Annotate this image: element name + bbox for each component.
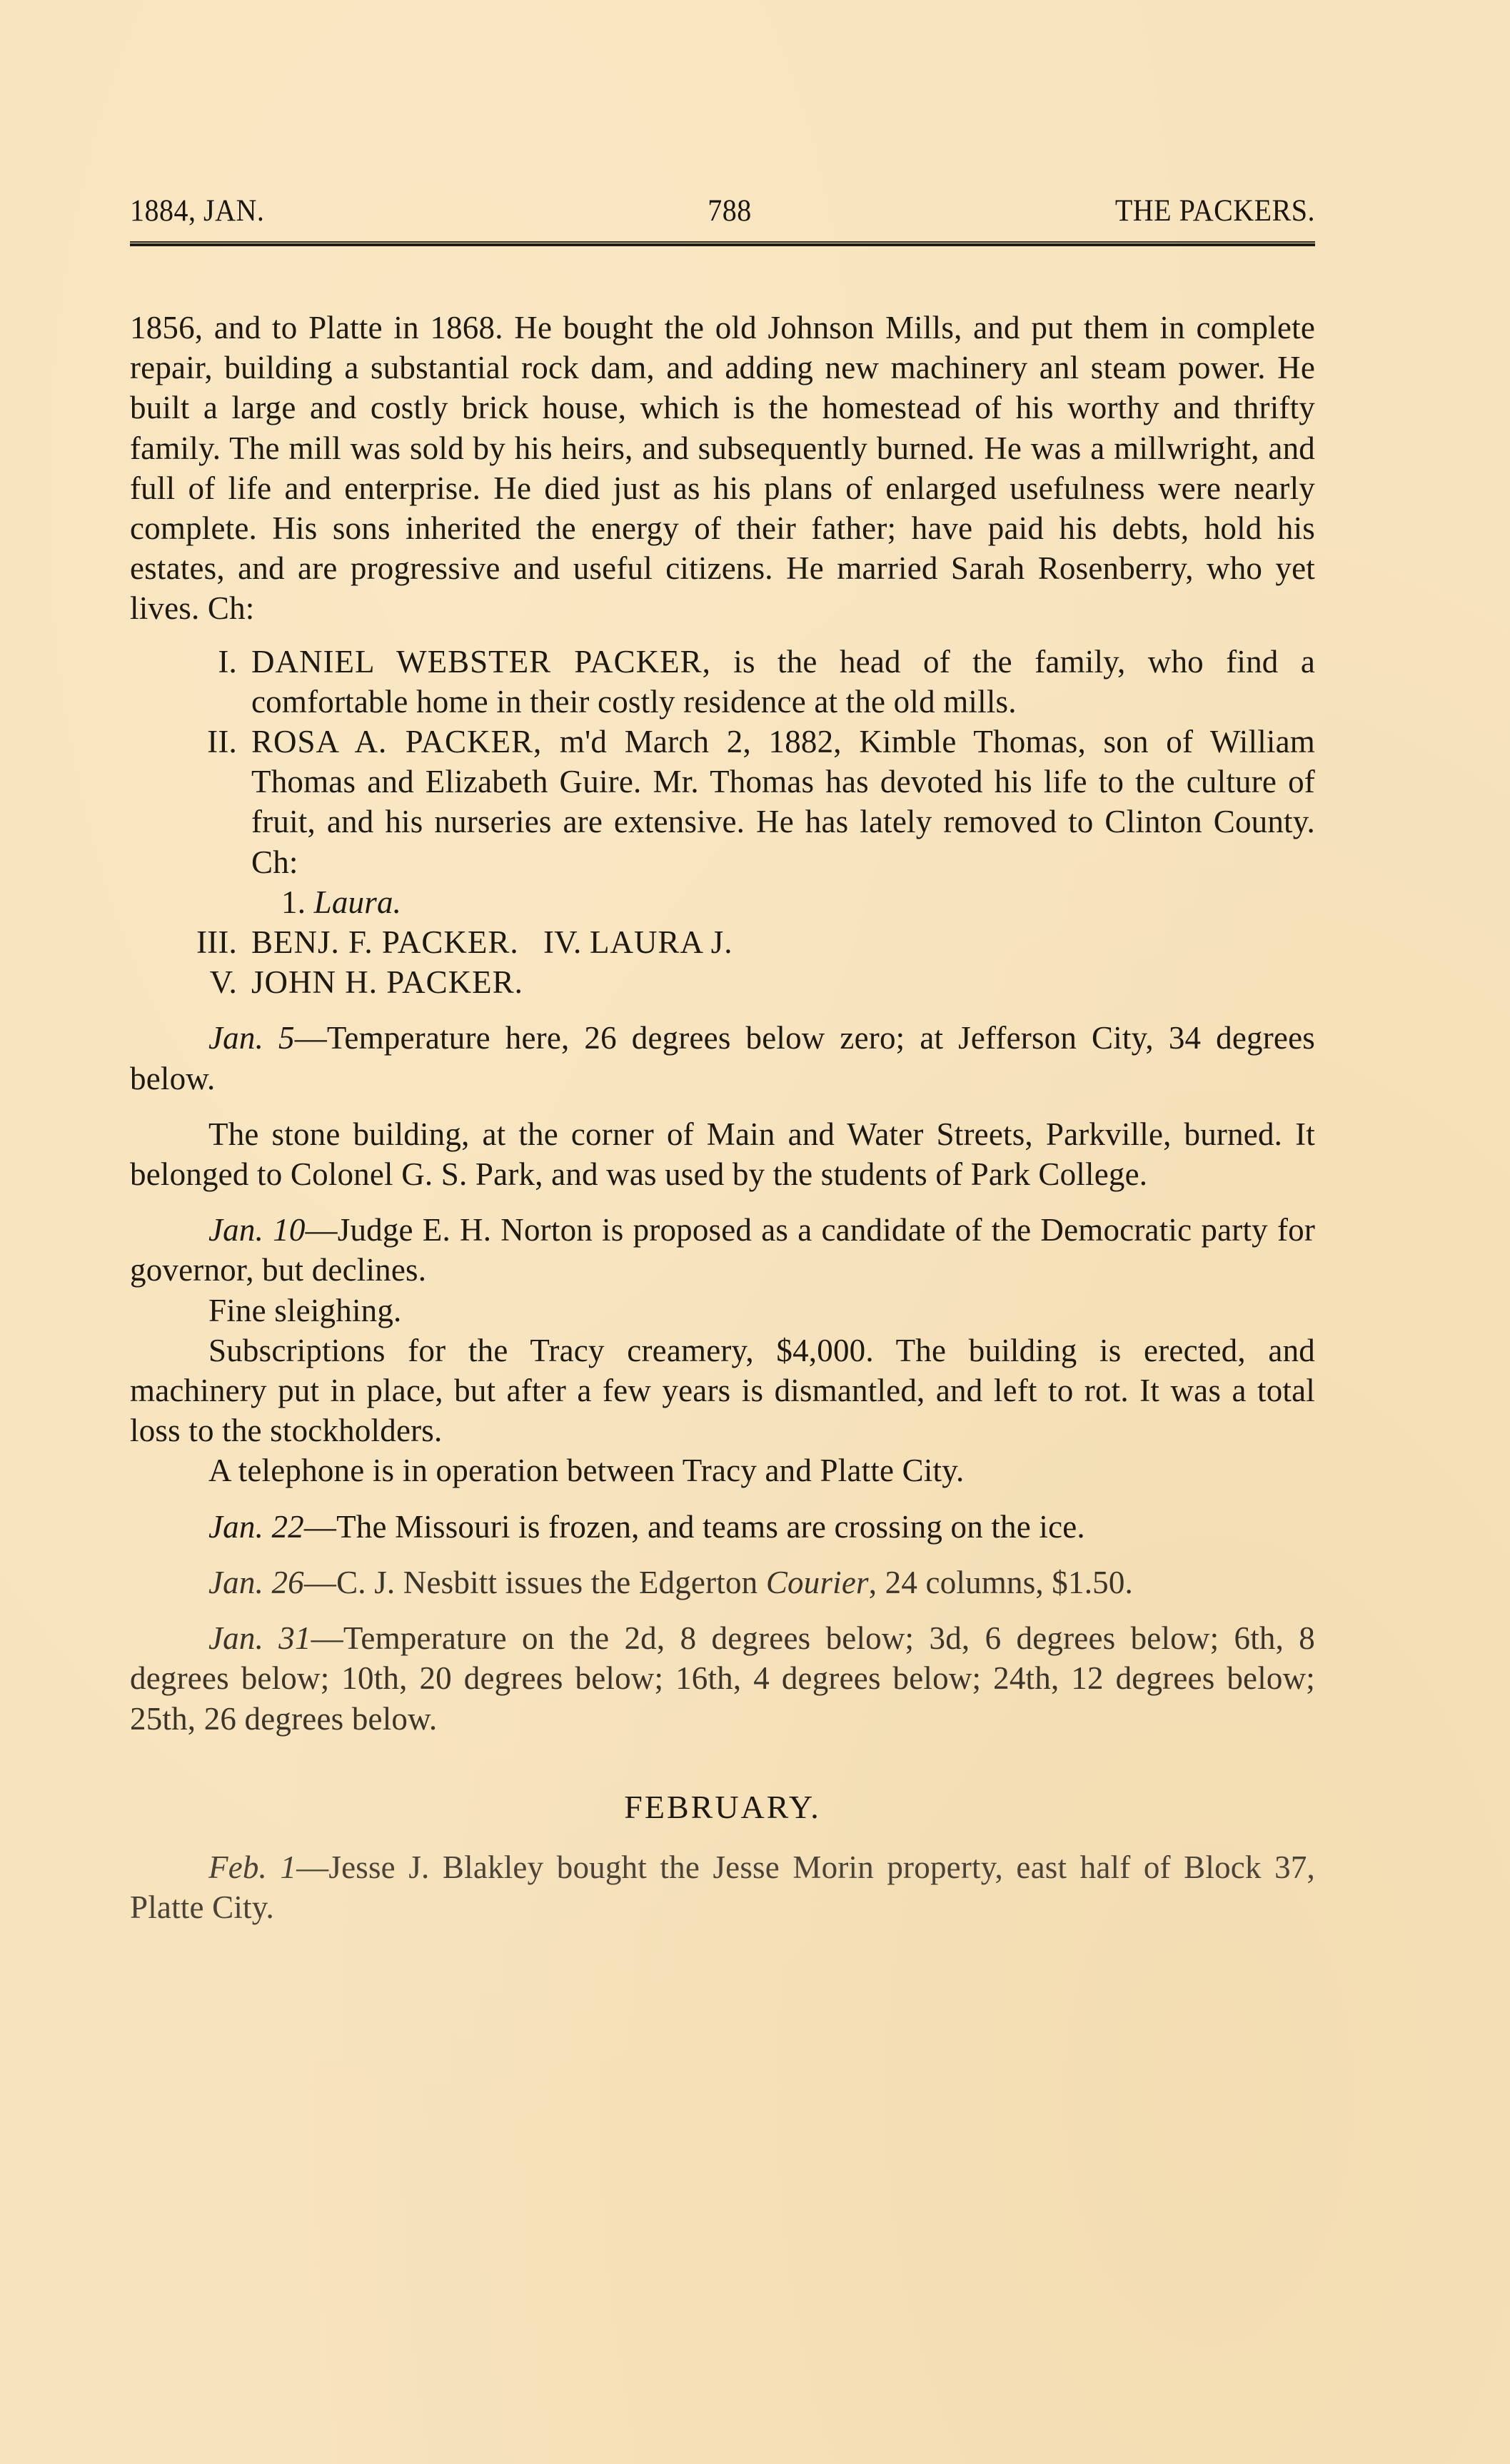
- grandchild-entry: 1. Laura.: [130, 882, 1315, 922]
- entry-jan-22: Jan. 22—The Missouri is frozen, and team…: [130, 1507, 1315, 1547]
- entry-jan-10: Jan. 10—Judge E. H. Norton is proposed a…: [130, 1210, 1315, 1290]
- entry-date: Feb. 1: [208, 1849, 296, 1885]
- child-entry-2: II. ROSA A. PACKER, m'd March 2, 1882, K…: [130, 722, 1315, 882]
- entry-followup: Subscriptions for the Tracy creamery, $4…: [130, 1331, 1315, 1451]
- entry-jan-5: Jan. 5—Temperature here, 26 degrees belo…: [130, 1018, 1315, 1098]
- entry-jan-31: Jan. 31—Temperature on the 2d, 8 degrees…: [130, 1618, 1315, 1739]
- entry-text: The stone building, at the corner of Mai…: [130, 1116, 1315, 1192]
- child-numeral: II.: [130, 722, 237, 762]
- entry-feb-1: Feb. 1—Jesse J. Blakley bought the Jesse…: [130, 1847, 1315, 1927]
- child-numeral: V.: [130, 962, 237, 1002]
- intro-paragraph: 1856, and to Platte in 1868. He bought t…: [130, 308, 1315, 629]
- child-entry-5: V. JOHN H. PACKER.: [130, 962, 1315, 1002]
- child-entry-1: I. DANIEL WEBSTER PACKER, is the head of…: [130, 642, 1315, 722]
- body-text: 1856, and to Platte in 1868. He bought t…: [130, 308, 1315, 1927]
- month-heading-february: FEBRUARY.: [130, 1787, 1315, 1827]
- child-name: LAURA J.: [590, 924, 733, 960]
- header-date: 1884, JAN.: [130, 191, 264, 230]
- page-number: 788: [708, 191, 752, 230]
- entry-date: Jan. 22: [208, 1509, 304, 1545]
- entry-text: —Jesse J. Blakley bought the Jesse Morin…: [130, 1849, 1315, 1925]
- child-name: ROSA A. PACKER,: [251, 724, 542, 759]
- entry-text: —Temperature here, 26 degrees below zero…: [130, 1020, 1315, 1096]
- header-chapter-title: THE PACKERS.: [1115, 191, 1315, 230]
- child-numeral: I.: [130, 642, 237, 682]
- child-numeral: IV.: [543, 924, 582, 960]
- entry-text: , 24 columns, $1.50.: [869, 1565, 1133, 1600]
- entry-text: —The Missouri is frozen, and teams are c…: [304, 1509, 1085, 1545]
- entry-jan-26: Jan. 26—C. J. Nesbitt issues the Edgerto…: [130, 1562, 1315, 1602]
- child-name: JOHN H. PACKER.: [251, 964, 523, 1000]
- child-name: DANIEL WEBSTER PACKER,: [251, 644, 711, 680]
- entry-date: Jan. 26: [208, 1565, 304, 1600]
- entry-followup: Fine sleighing.: [130, 1291, 1315, 1331]
- entry-stone-building: The stone building, at the corner of Mai…: [130, 1114, 1315, 1194]
- running-head: 1884, JAN. 788 THE PACKERS.: [130, 191, 1315, 230]
- grandchild-number: 1.: [281, 884, 306, 920]
- entry-date: Jan. 10: [208, 1212, 306, 1248]
- entry-date: Jan. 31: [208, 1620, 311, 1656]
- header-rule: [130, 241, 1315, 246]
- book-page: 1884, JAN. 788 THE PACKERS. 1856, and to…: [130, 191, 1315, 1927]
- entry-followup: A telephone is in operation between Trac…: [130, 1450, 1315, 1490]
- entry-text: —Judge E. H. Norton is proposed as a can…: [130, 1212, 1315, 1288]
- child-numeral: III.: [130, 922, 237, 962]
- entry-text: —C. J. Nesbitt issues the Edgerton: [304, 1565, 766, 1600]
- newspaper-title: Courier: [766, 1565, 869, 1600]
- child-name: BENJ. F. PACKER.: [251, 924, 519, 960]
- child-entry-3-4: III. BENJ. F. PACKER. IV. LAURA J.: [130, 922, 1315, 962]
- grandchild-name: Laura.: [314, 884, 402, 920]
- entry-date: Jan. 5: [208, 1020, 295, 1056]
